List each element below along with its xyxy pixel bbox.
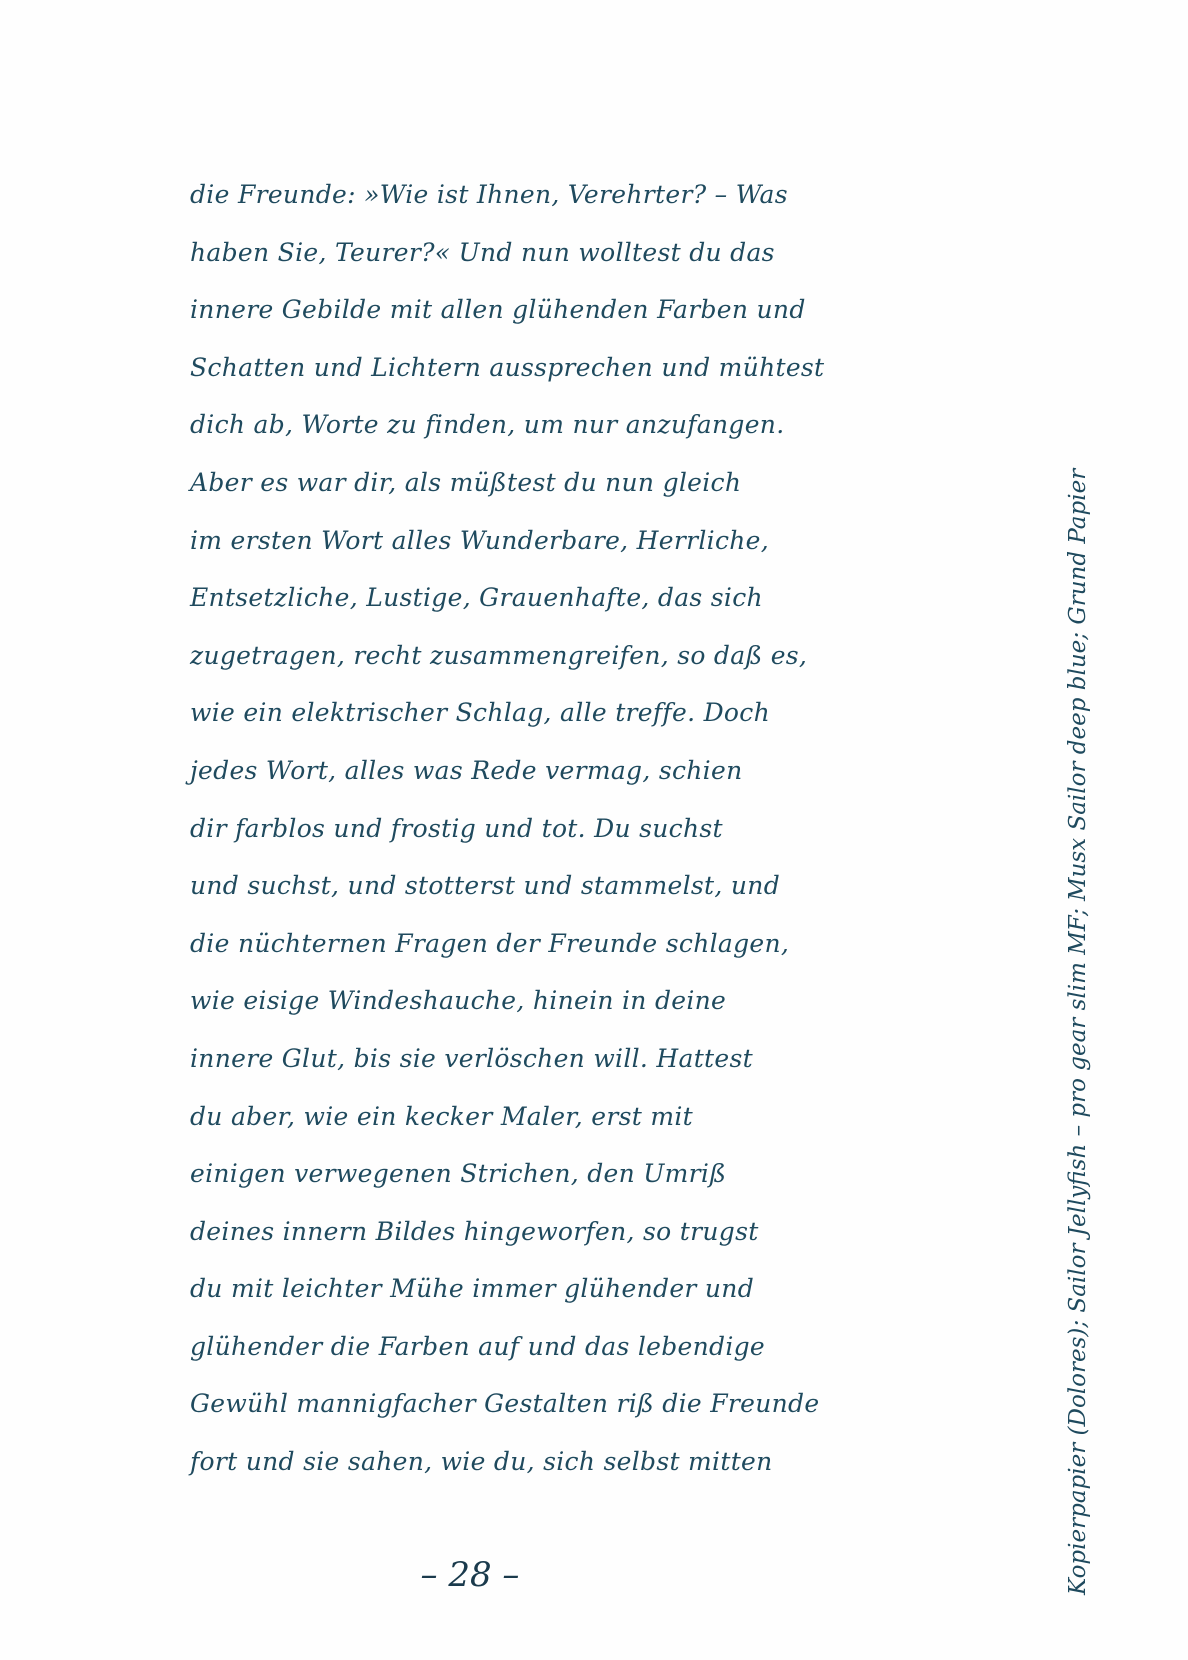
text-line: wie eisige Windeshauche, hinein in deine [190,972,930,1030]
text-line: haben Sie, Teurer?« Und nun wolltest du … [190,224,930,282]
text-line: wie ein elektrischer Schlag, alle treffe… [190,684,930,742]
text-line: Schatten und Lichtern aussprechen und mü… [190,339,930,397]
text-line: innere Gebilde mit allen glühenden Farbe… [190,281,930,339]
manuscript-page: die Freunde: »Wie ist Ihnen, Verehrter? … [0,0,1188,1660]
handwritten-body-text: die Freunde: »Wie ist Ihnen, Verehrter? … [190,166,930,1491]
text-line: die nüchternen Fragen der Freunde schlag… [190,915,930,973]
text-line: du aber, wie ein kecker Maler, erst mit [190,1088,930,1146]
text-line: zugetragen, recht zusammengreifen, so da… [190,627,930,685]
text-line: im ersten Wort alles Wunderbare, Herrlic… [190,512,930,570]
text-line: die Freunde: »Wie ist Ihnen, Verehrter? … [190,166,930,224]
text-line: jedes Wort, alles was Rede vermag, schie… [190,742,930,800]
vertical-margin-note: Kopierpapier (Dolores); Sailor Jellyfish… [1058,135,1098,1595]
text-line: Entsetzliche, Lustige, Grauenhafte, das … [190,569,930,627]
text-line: fort und sie sahen, wie du, sich selbst … [190,1433,930,1491]
text-line: Gewühl mannigfacher Gestalten riß die Fr… [190,1375,930,1433]
text-line: deines innern Bildes hingeworfen, so tru… [190,1203,930,1261]
text-line: du mit leichter Mühe immer glühender und [190,1260,930,1318]
text-line: dir farblos und frostig und tot. Du such… [190,800,930,858]
text-line: glühender die Farben auf und das lebendi… [190,1318,930,1376]
text-line: Aber es war dir, als müßtest du nun glei… [190,454,930,512]
text-line: und suchst, und stotterst und stammelst,… [190,857,930,915]
text-line: innere Glut, bis sie verlöschen will. Ha… [190,1030,930,1088]
text-line: dich ab, Worte zu finden, um nur anzufan… [190,396,930,454]
page-number: – 28 – [380,1555,560,1595]
text-line: einigen verwegenen Strichen, den Umriß [190,1145,930,1203]
